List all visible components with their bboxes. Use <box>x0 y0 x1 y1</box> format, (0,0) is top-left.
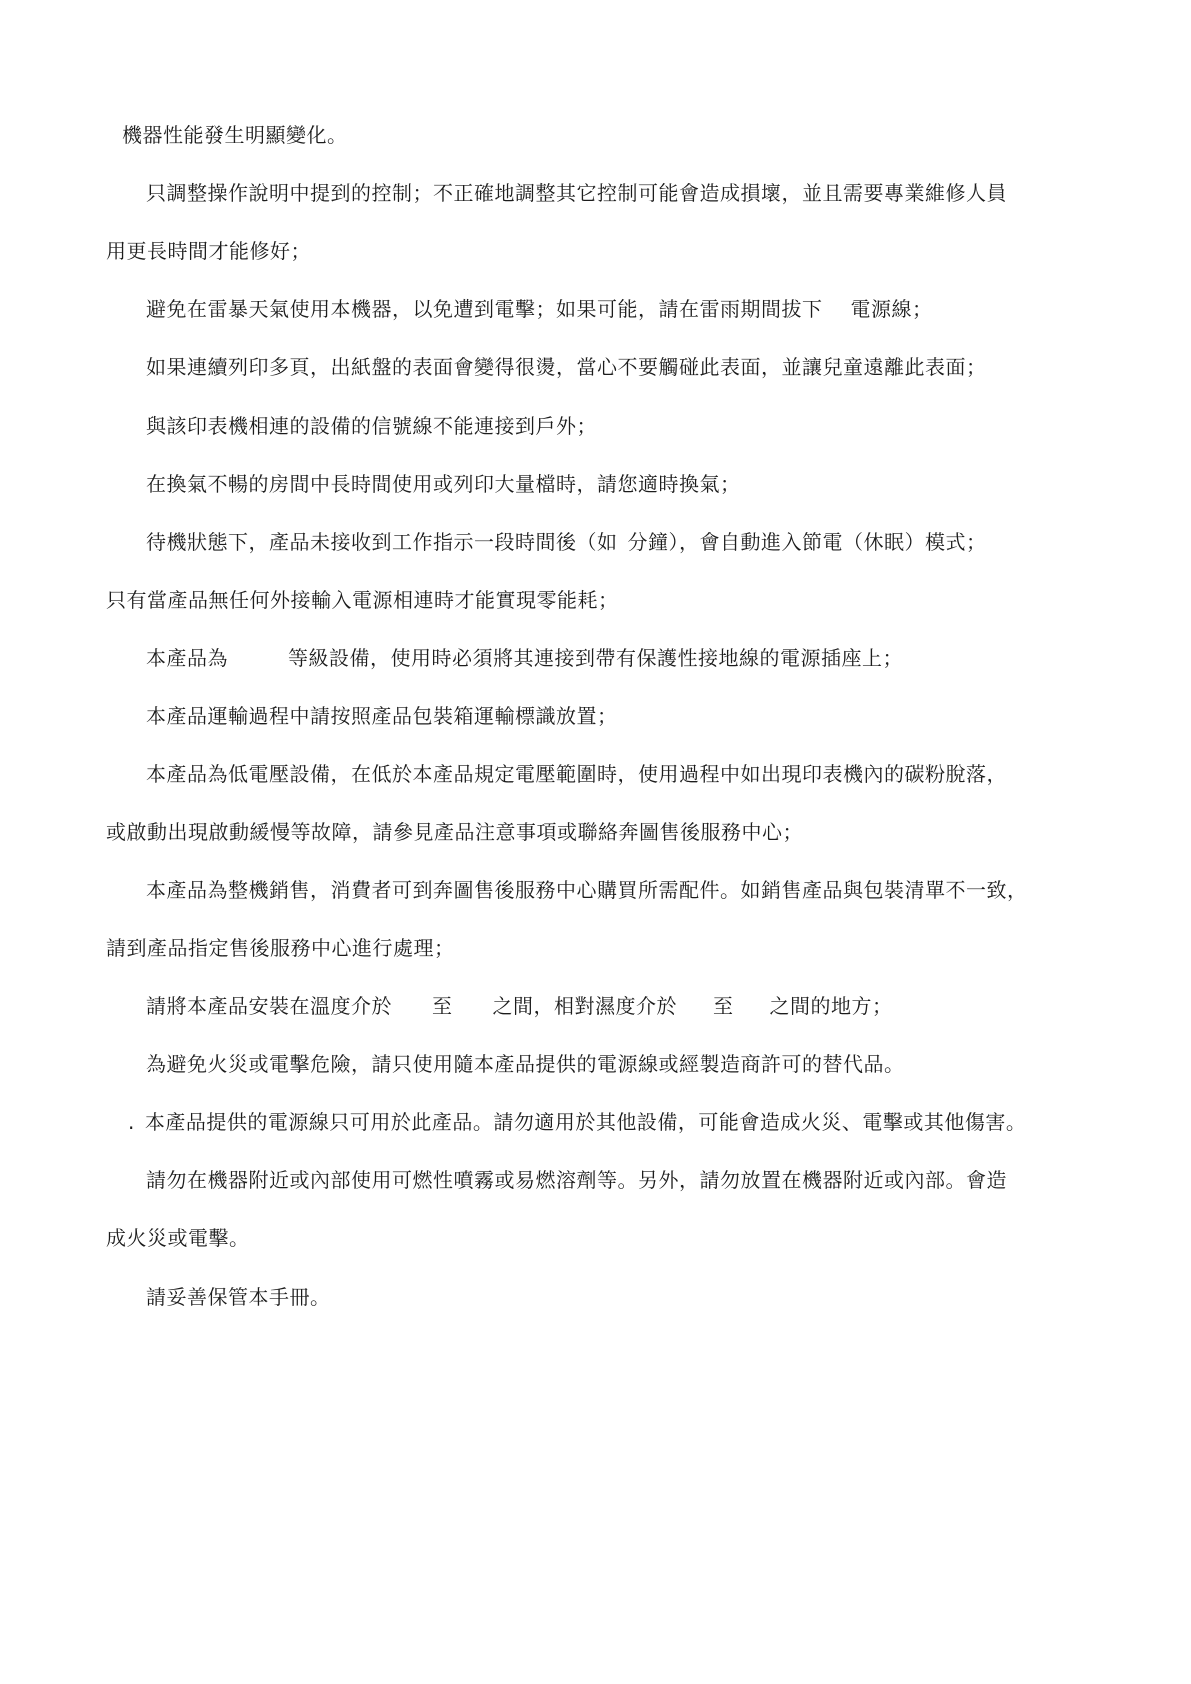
text-segment: 之間，相對濕度介於 <box>493 994 678 1018</box>
text-segment: 之間的地方； <box>770 994 893 1018</box>
text-line: 為避免火災或電擊危險，請只使用隨本產品提供的電源線或經製造商許可的替代品。 <box>146 1050 905 1078</box>
text-line: 用更長時間才能修好； <box>106 237 311 265</box>
text-segment: 請將本產品安裝在溫度介於 <box>146 994 392 1018</box>
text-segment: 至 <box>713 994 734 1018</box>
text-line: 只調整操作說明中提到的控制；不正確地調整其它控制可能會造成損壞，並且需要專業維修… <box>146 179 1007 207</box>
text-line: 請將本產品安裝在溫度介於至之間，相對濕度介於至之間的地方； <box>146 992 893 1020</box>
text-line: 本產品為等級設備，使用時必須將其連接到帶有保護性接地線的電源插座上； <box>146 644 903 672</box>
text-line: 或啟動出現啟動緩慢等故障，請參見產品注意事項或聯絡奔圖售後服務中心； <box>106 818 803 846</box>
text-line: 只有當產品無任何外接輸入電源相連時才能實現零能耗； <box>106 586 619 614</box>
text-line: .本產品提供的電源線只可用於此產品。請勿適用於其他設備，可能會造成火災、電擊或其… <box>128 1108 1026 1136</box>
text-segment: 避免在雷暴天氣使用本機器，以免遭到電擊；如果可能，請在雷雨期間拔下 <box>146 297 823 321</box>
text-line: 本產品運輸過程中請按照產品包裝箱運輸標識放置； <box>146 702 618 730</box>
text-line: 待機狀態下，產品未接收到工作指示一段時間後（如分鐘），會自動進入節電（休眠）模式… <box>146 528 987 556</box>
text-segment: 待機狀態下，產品未接收到工作指示一段時間後（如 <box>146 530 618 554</box>
text-line: 成火災或電擊。 <box>106 1224 250 1252</box>
text-line: 請勿在機器附近或內部使用可燃性噴霧或易燃溶劑等。另外，請勿放置在機器附近或內部。… <box>146 1166 1007 1194</box>
text-line: 請到產品指定售後服務中心進行處理； <box>106 934 455 962</box>
text-line: 在換氣不暢的房間中長時間使用或列印大量檔時，請您適時換氣； <box>146 470 741 498</box>
text-segment: 至 <box>432 994 453 1018</box>
text-segment: 分鐘），會自動進入節電（休眠）模式； <box>628 530 987 554</box>
text-segment: 電源線； <box>851 297 933 321</box>
text-line: 機器性能發生明顯變化。 <box>122 121 348 149</box>
text-segment: 本產品提供的電源線只可用於此產品。請勿適用於其他設備，可能會造成火災、電擊或其他… <box>145 1110 1027 1134</box>
text-line: 避免在雷暴天氣使用本機器，以免遭到電擊；如果可能，請在雷雨期間拔下電源線； <box>146 295 933 323</box>
text-line: 如果連續列印多頁，出紙盤的表面會變得很燙，當心不要觸碰此表面，並讓兒童遠離此表面… <box>146 353 987 381</box>
document-page: 機器性能發生明顯變化。 只調整操作說明中提到的控制；不正確地調整其它控制可能會造… <box>0 0 1191 1684</box>
list-marker: . <box>128 1110 135 1134</box>
text-line: 本產品為整機銷售，消費者可到奔圖售後服務中心購買所需配件。如銷售產品與包裝清單不… <box>146 876 1028 904</box>
text-line: 請妥善保管本手冊。 <box>146 1283 331 1311</box>
text-segment: 等級設備，使用時必須將其連接到帶有保護性接地線的電源插座上； <box>288 646 903 670</box>
text-line: 與該印表機相連的設備的信號線不能連接到戶外； <box>146 412 597 440</box>
text-segment: 本產品為 <box>146 646 228 670</box>
text-line: 本產品為低電壓設備，在低於本產品規定電壓範圍時，使用過程中如出現印表機內的碳粉脫… <box>146 760 1007 788</box>
